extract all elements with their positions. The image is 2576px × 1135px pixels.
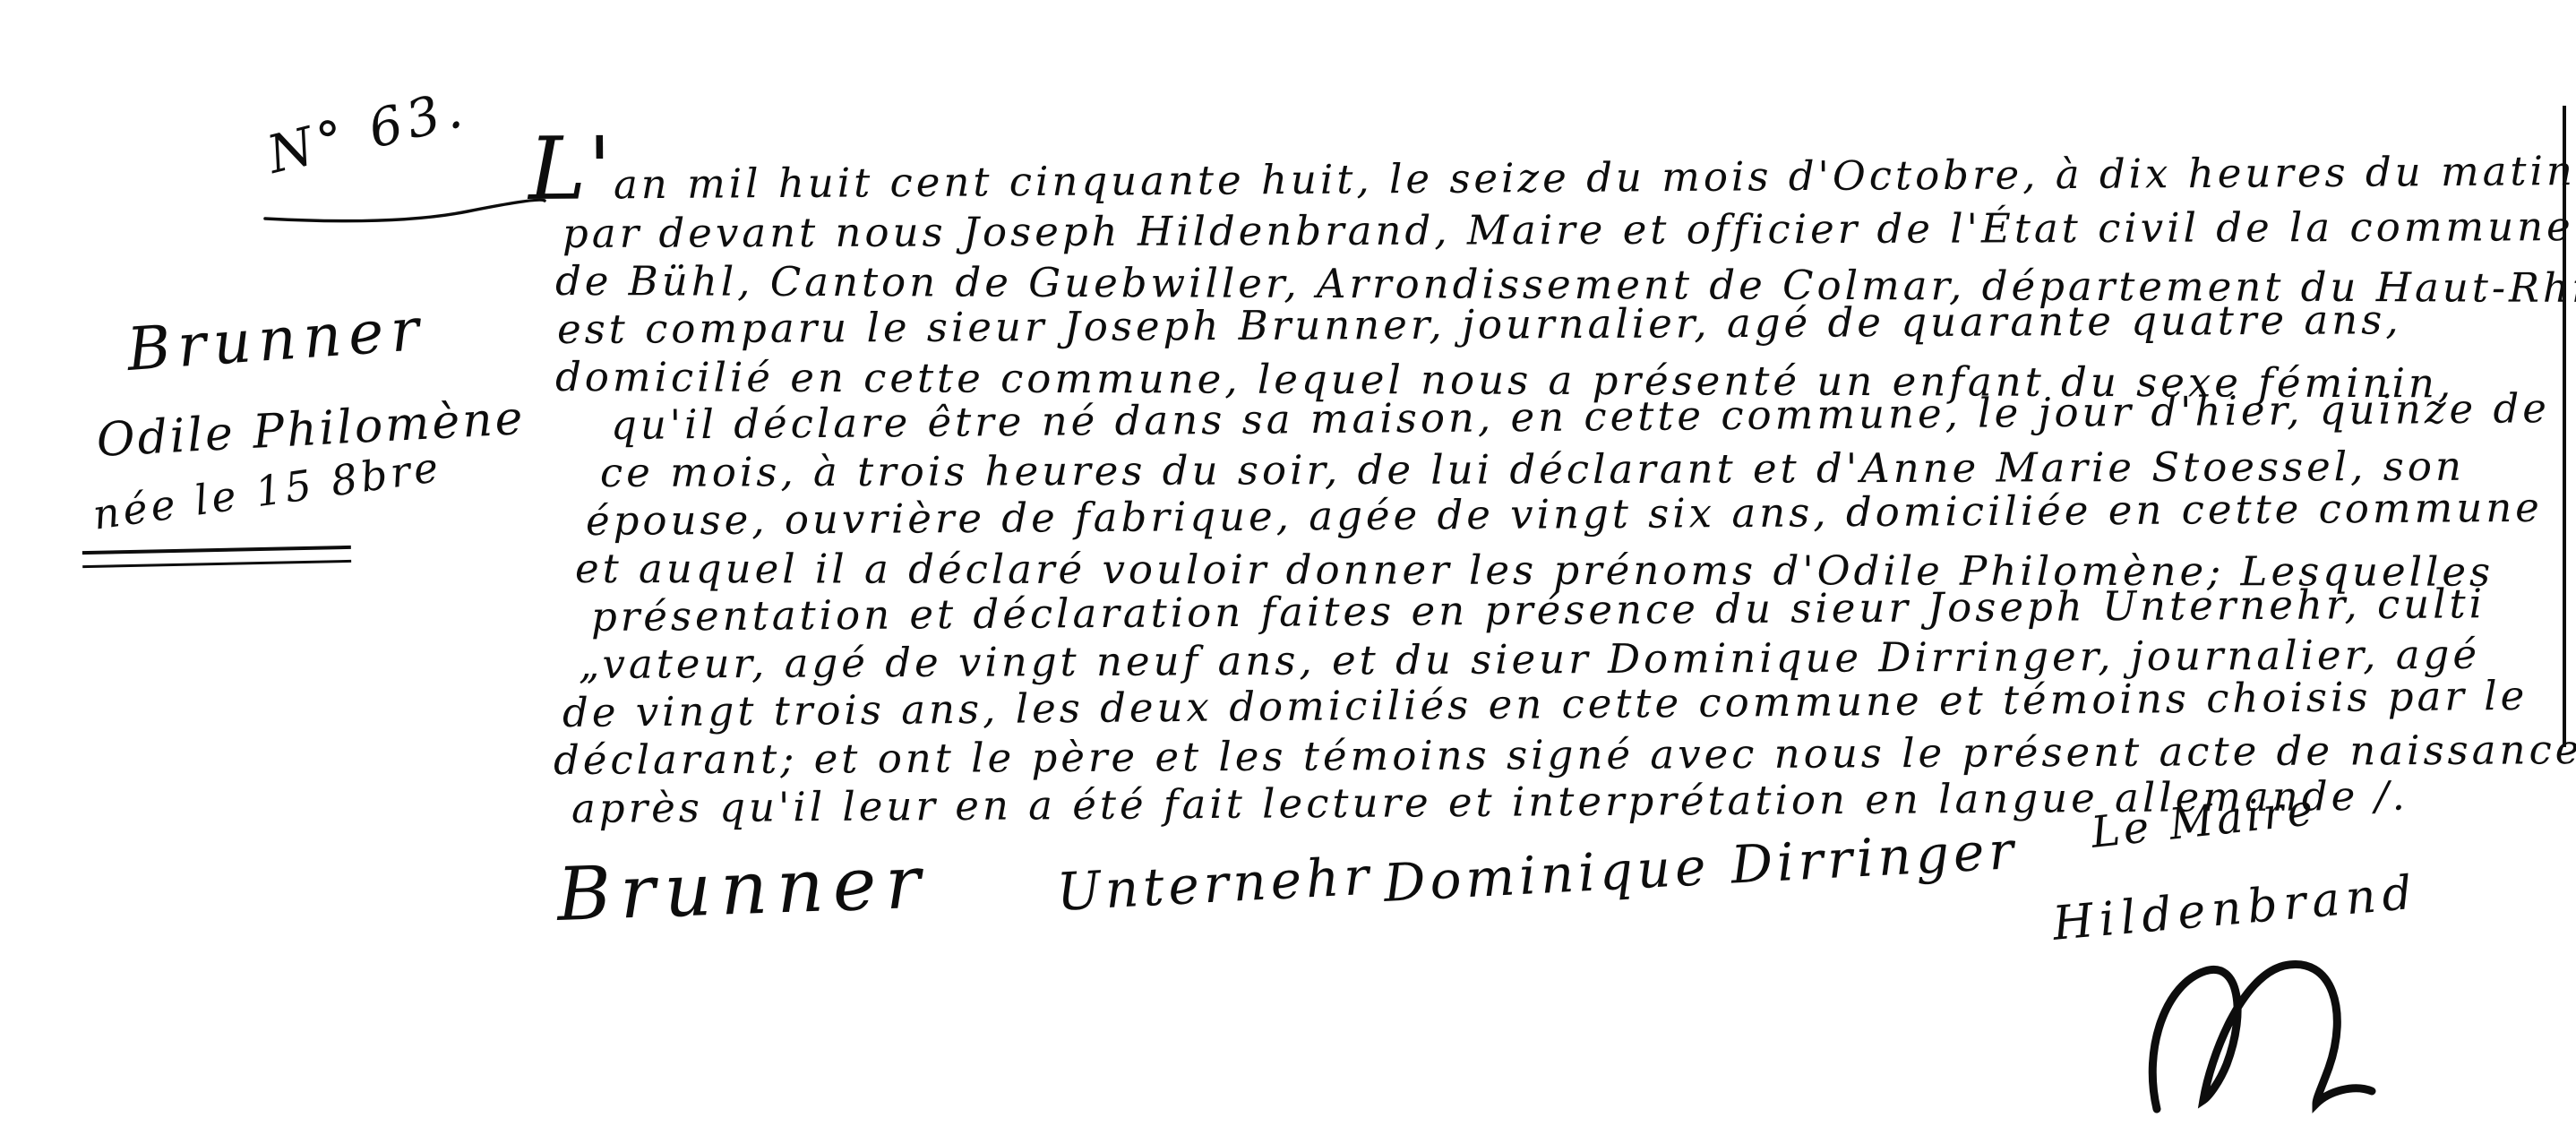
act-number-underline-flourish (262, 195, 548, 226)
signature-mayor-hildenbrand: Hildenbrand (2050, 865, 2420, 950)
scan-page-edge-line (2563, 106, 2566, 747)
signature-father-brunner: Brunner (555, 840, 931, 938)
margin-child-surname: Brunner (125, 295, 428, 384)
body-line: est comparu le sieur Joseph Brunner, jou… (557, 294, 2576, 353)
signature-witness-unternehr: Unternehr (1055, 846, 1374, 923)
body-line: par devant nous Joseph Hildenbrand, Mair… (562, 202, 2576, 257)
signature-witness-dirringer: Dominique Dirringer (1382, 820, 2019, 914)
act-body-text: L'an mil huit cent cinquante huit, le se… (528, 133, 2576, 832)
body-line: L'an mil huit cent cinquante huit, le se… (528, 118, 2576, 210)
document-page: N° 63. Brunner Odile Philomène née le 15… (0, 0, 2576, 1135)
margin-child-given-names: Odile Philomène (95, 391, 526, 468)
margin-double-rule (82, 546, 351, 568)
margin-act-number: N° 63. (262, 77, 473, 185)
mayor-paraph-flourish (2141, 950, 2436, 1129)
